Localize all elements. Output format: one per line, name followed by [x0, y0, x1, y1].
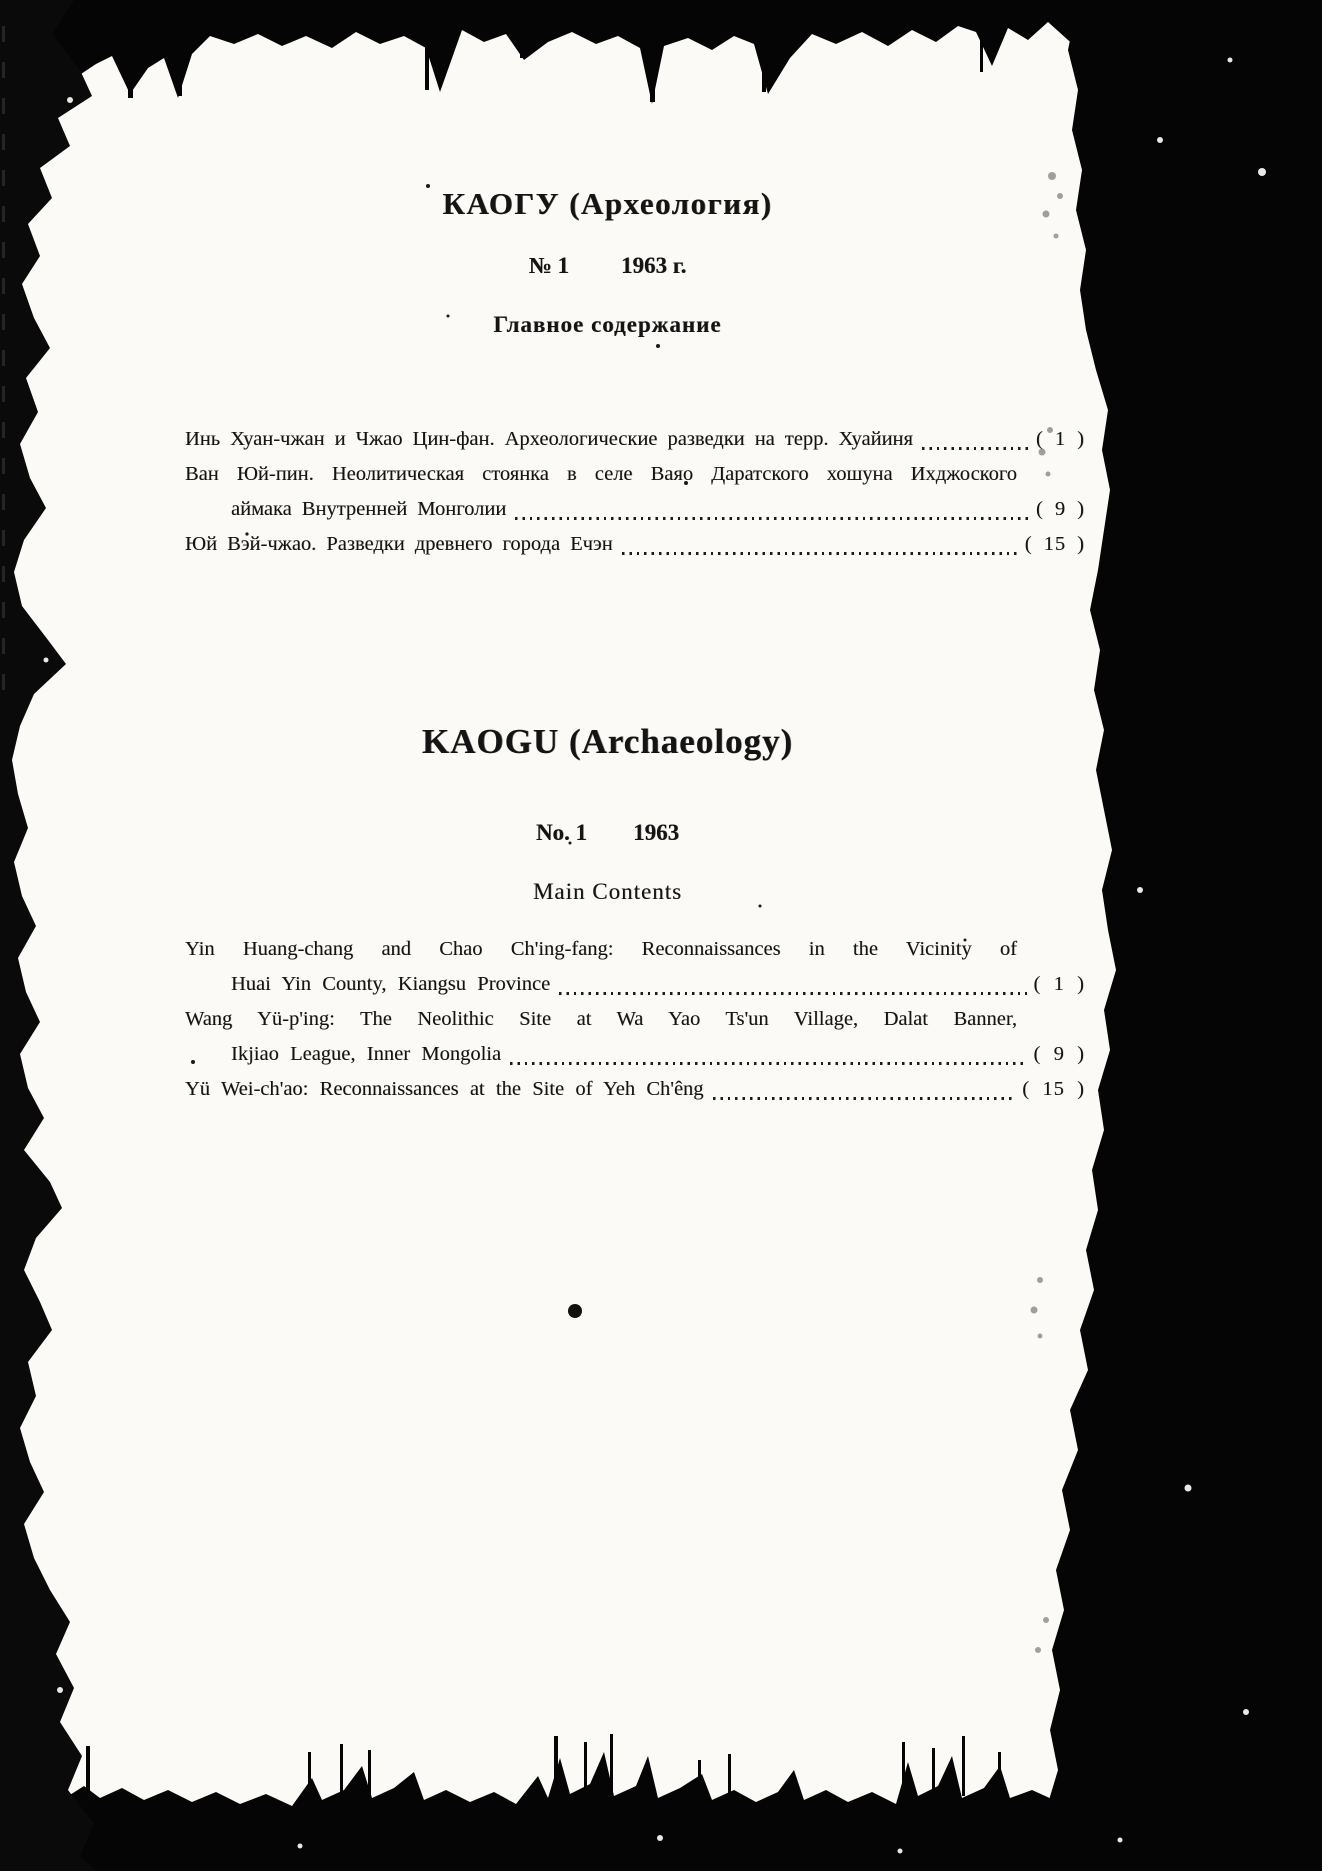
toc-line: Ikjiao League, Inner Mongolia ( 9 ) — [185, 1037, 1085, 1072]
dot-leader — [559, 992, 1026, 995]
dot-leader — [510, 1062, 1026, 1065]
journal-title-en: KAOGU (Archaeology) — [185, 722, 1030, 762]
toc-line: Ван Юй-пин. Неолитическая стоянка в селе… — [185, 457, 1017, 492]
toc-english: Yin Huang-chang and Chao Ch'ing-fang: Re… — [185, 932, 1085, 1107]
toc-entry-text: Yü Wei-ch'ao: Reconnaissances at the Sit… — [185, 1072, 704, 1107]
issue-line-en: No. 11963 — [185, 820, 1030, 846]
page-number: ( 9 ) — [1036, 492, 1085, 527]
toc-line: Инь Хуан-чжан и Чжао Цин-фан. Археологич… — [185, 422, 1085, 457]
toc-entry-text: Юй Вэй-чжао. Разведки древнего города Еч… — [185, 527, 613, 562]
issue-year-en: 1963 — [633, 820, 679, 845]
toc-entry-text: Huai Yin County, Kiangsu Province — [231, 967, 550, 1002]
english-header-block: KAOGU (Archaeology) No. 11963 Main Conte… — [185, 722, 1030, 905]
dot-leader — [713, 1097, 1016, 1100]
issue-number-ru: № 1 — [529, 253, 569, 278]
page-number: ( 15 ) — [1025, 527, 1085, 562]
page-number: ( 15 ) — [1022, 1072, 1085, 1107]
toc-entry-text: Wang Yü-p'ing: The Neolithic Site at Wa … — [185, 1008, 1017, 1030]
journal-title-ru: КАОГУ (Археология) — [185, 186, 1030, 222]
contents-heading-ru: Главное содержание — [185, 312, 1030, 338]
toc-line: Yü Wei-ch'ao: Reconnaissances at the Sit… — [185, 1072, 1085, 1107]
dot-leader — [515, 517, 1029, 520]
toc-line: Huai Yin County, Kiangsu Province ( 1 ) — [185, 967, 1085, 1002]
page-number: ( 1 ) — [1034, 967, 1085, 1002]
issue-line-ru: № 11963 г. — [185, 253, 1030, 279]
issue-year-ru: 1963 г. — [621, 253, 686, 278]
toc-line: аймака Внутренней Монголии ( 9 ) — [185, 492, 1085, 527]
russian-header-block: КАОГУ (Археология) № 11963 г. Главное со… — [185, 186, 1030, 338]
ink-dot — [568, 1304, 582, 1318]
scanned-page: КАОГУ (Археология) № 11963 г. Главное со… — [0, 0, 1322, 1871]
toc-entry-text: аймака Внутренней Монголии — [231, 492, 506, 527]
page-number: ( 1 ) — [1036, 422, 1085, 457]
contents-heading-en: Main Contents — [185, 879, 1030, 905]
toc-line: Юй Вэй-чжао. Разведки древнего города Еч… — [185, 527, 1085, 562]
scan-streaks-bottom — [86, 1734, 1001, 1796]
toc-line: Wang Yü-p'ing: The Neolithic Site at Wa … — [185, 1002, 1017, 1037]
page-content: КАОГУ (Археология) № 11963 г. Главное со… — [185, 0, 1085, 1107]
toc-entry-text: Yin Huang-chang and Chao Ch'ing-fang: Re… — [185, 938, 1017, 960]
page-number: ( 9 ) — [1034, 1037, 1085, 1072]
toc-entry-text: Инь Хуан-чжан и Чжао Цин-фан. Археологич… — [185, 422, 913, 457]
dot-leader — [622, 552, 1018, 555]
left-margin-dashes — [2, 26, 5, 690]
toc-russian: Инь Хуан-чжан и Чжао Цин-фан. Археологич… — [185, 422, 1085, 562]
issue-number-en: No. 1 — [536, 820, 587, 845]
dot-leader — [922, 447, 1029, 450]
toc-line: Yin Huang-chang and Chao Ch'ing-fang: Re… — [185, 932, 1017, 967]
toc-entry-text: Ван Юй-пин. Неолитическая стоянка в селе… — [185, 463, 1017, 485]
toc-entry-text: Ikjiao League, Inner Mongolia — [231, 1037, 501, 1072]
